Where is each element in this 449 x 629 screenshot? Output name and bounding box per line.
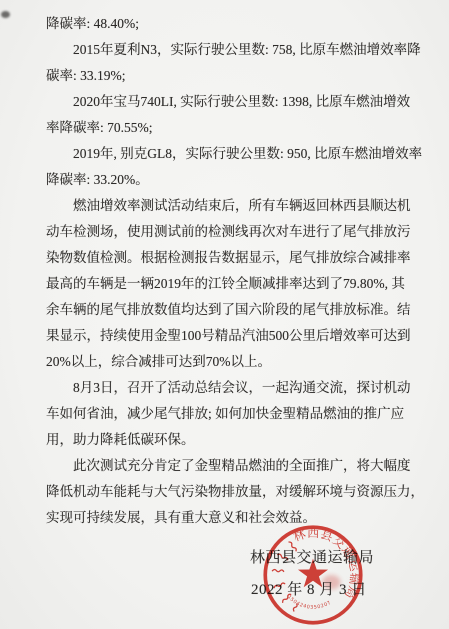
text-line: 20%以上，综合减排可达到70%以上。: [46, 349, 416, 375]
text-line: 燃油增效率测试活动结束后，所有车辆返回林西县顺达机: [46, 193, 416, 219]
text-line: 最高的车辆是一辆2019年的江铃全顺减排率达到了79.80%, 其: [46, 271, 416, 297]
ink-smudge: [322, 575, 340, 589]
text-line: 动车检测场，使用测试前的检测线再次对车进行了尾气排放污: [46, 219, 416, 245]
text-line: 车如何省油，减少尾气排放; 如何加快金聖精品燃油的推广应: [46, 401, 416, 427]
text-line: 率降碳率: 70.55%;: [46, 115, 416, 141]
document-body: 降碳率: 48.40%;2015年夏利N3，实际行驶公里数: 758, 比原车燃…: [46, 11, 416, 531]
text-line: 8月3日，召开了活动总结会议，一起沟通交流，探讨机动: [46, 375, 416, 401]
text-line: 用，助力降耗低碳环保。: [46, 427, 416, 453]
text-line: 降碳率: 48.40%;: [46, 11, 416, 37]
official-seal: 林西县交通运输局 1504240350207: [262, 524, 364, 626]
seal-code: 1504240350207: [285, 594, 333, 614]
scan-artifact: [1, 11, 10, 18]
text-line: 2019年, 别克GL8，实际行驶公里数: 950, 比原车燃油增效率: [46, 141, 416, 167]
text-line: 此次测试充分肯定了金聖精品燃油的全面推广，将大幅度: [46, 453, 416, 479]
text-line: 降碳率: 33.20%。: [46, 167, 416, 193]
text-line: 余车辆的尾气排放数值均达到了国六阶段的尾气排放标准。结: [46, 297, 416, 323]
text-line: 果显示，持续使用金聖100号精品汽油500公里后增效率可达到: [46, 323, 416, 349]
text-line: 染物数值检测。根据检测报告数据显示，尾气排放综合减排率: [46, 245, 416, 271]
text-line: 碳率: 33.19%;: [46, 63, 416, 89]
text-line: 降低机动车能耗与大气污染物排放量，对缓解环境与资源压力，: [46, 479, 416, 505]
text-line: 2020年宝马740LI, 实际行驶公里数: 1398, 比原车燃油增效: [46, 89, 416, 115]
seal-arc-label: 林西县交通运输局: [291, 526, 363, 601]
document-page: 降碳率: 48.40%;2015年夏利N3，实际行驶公里数: 758, 比原车燃…: [0, 0, 449, 629]
text-line: 2015年夏利N3，实际行驶公里数: 758, 比原车燃油增效率降: [46, 37, 416, 63]
